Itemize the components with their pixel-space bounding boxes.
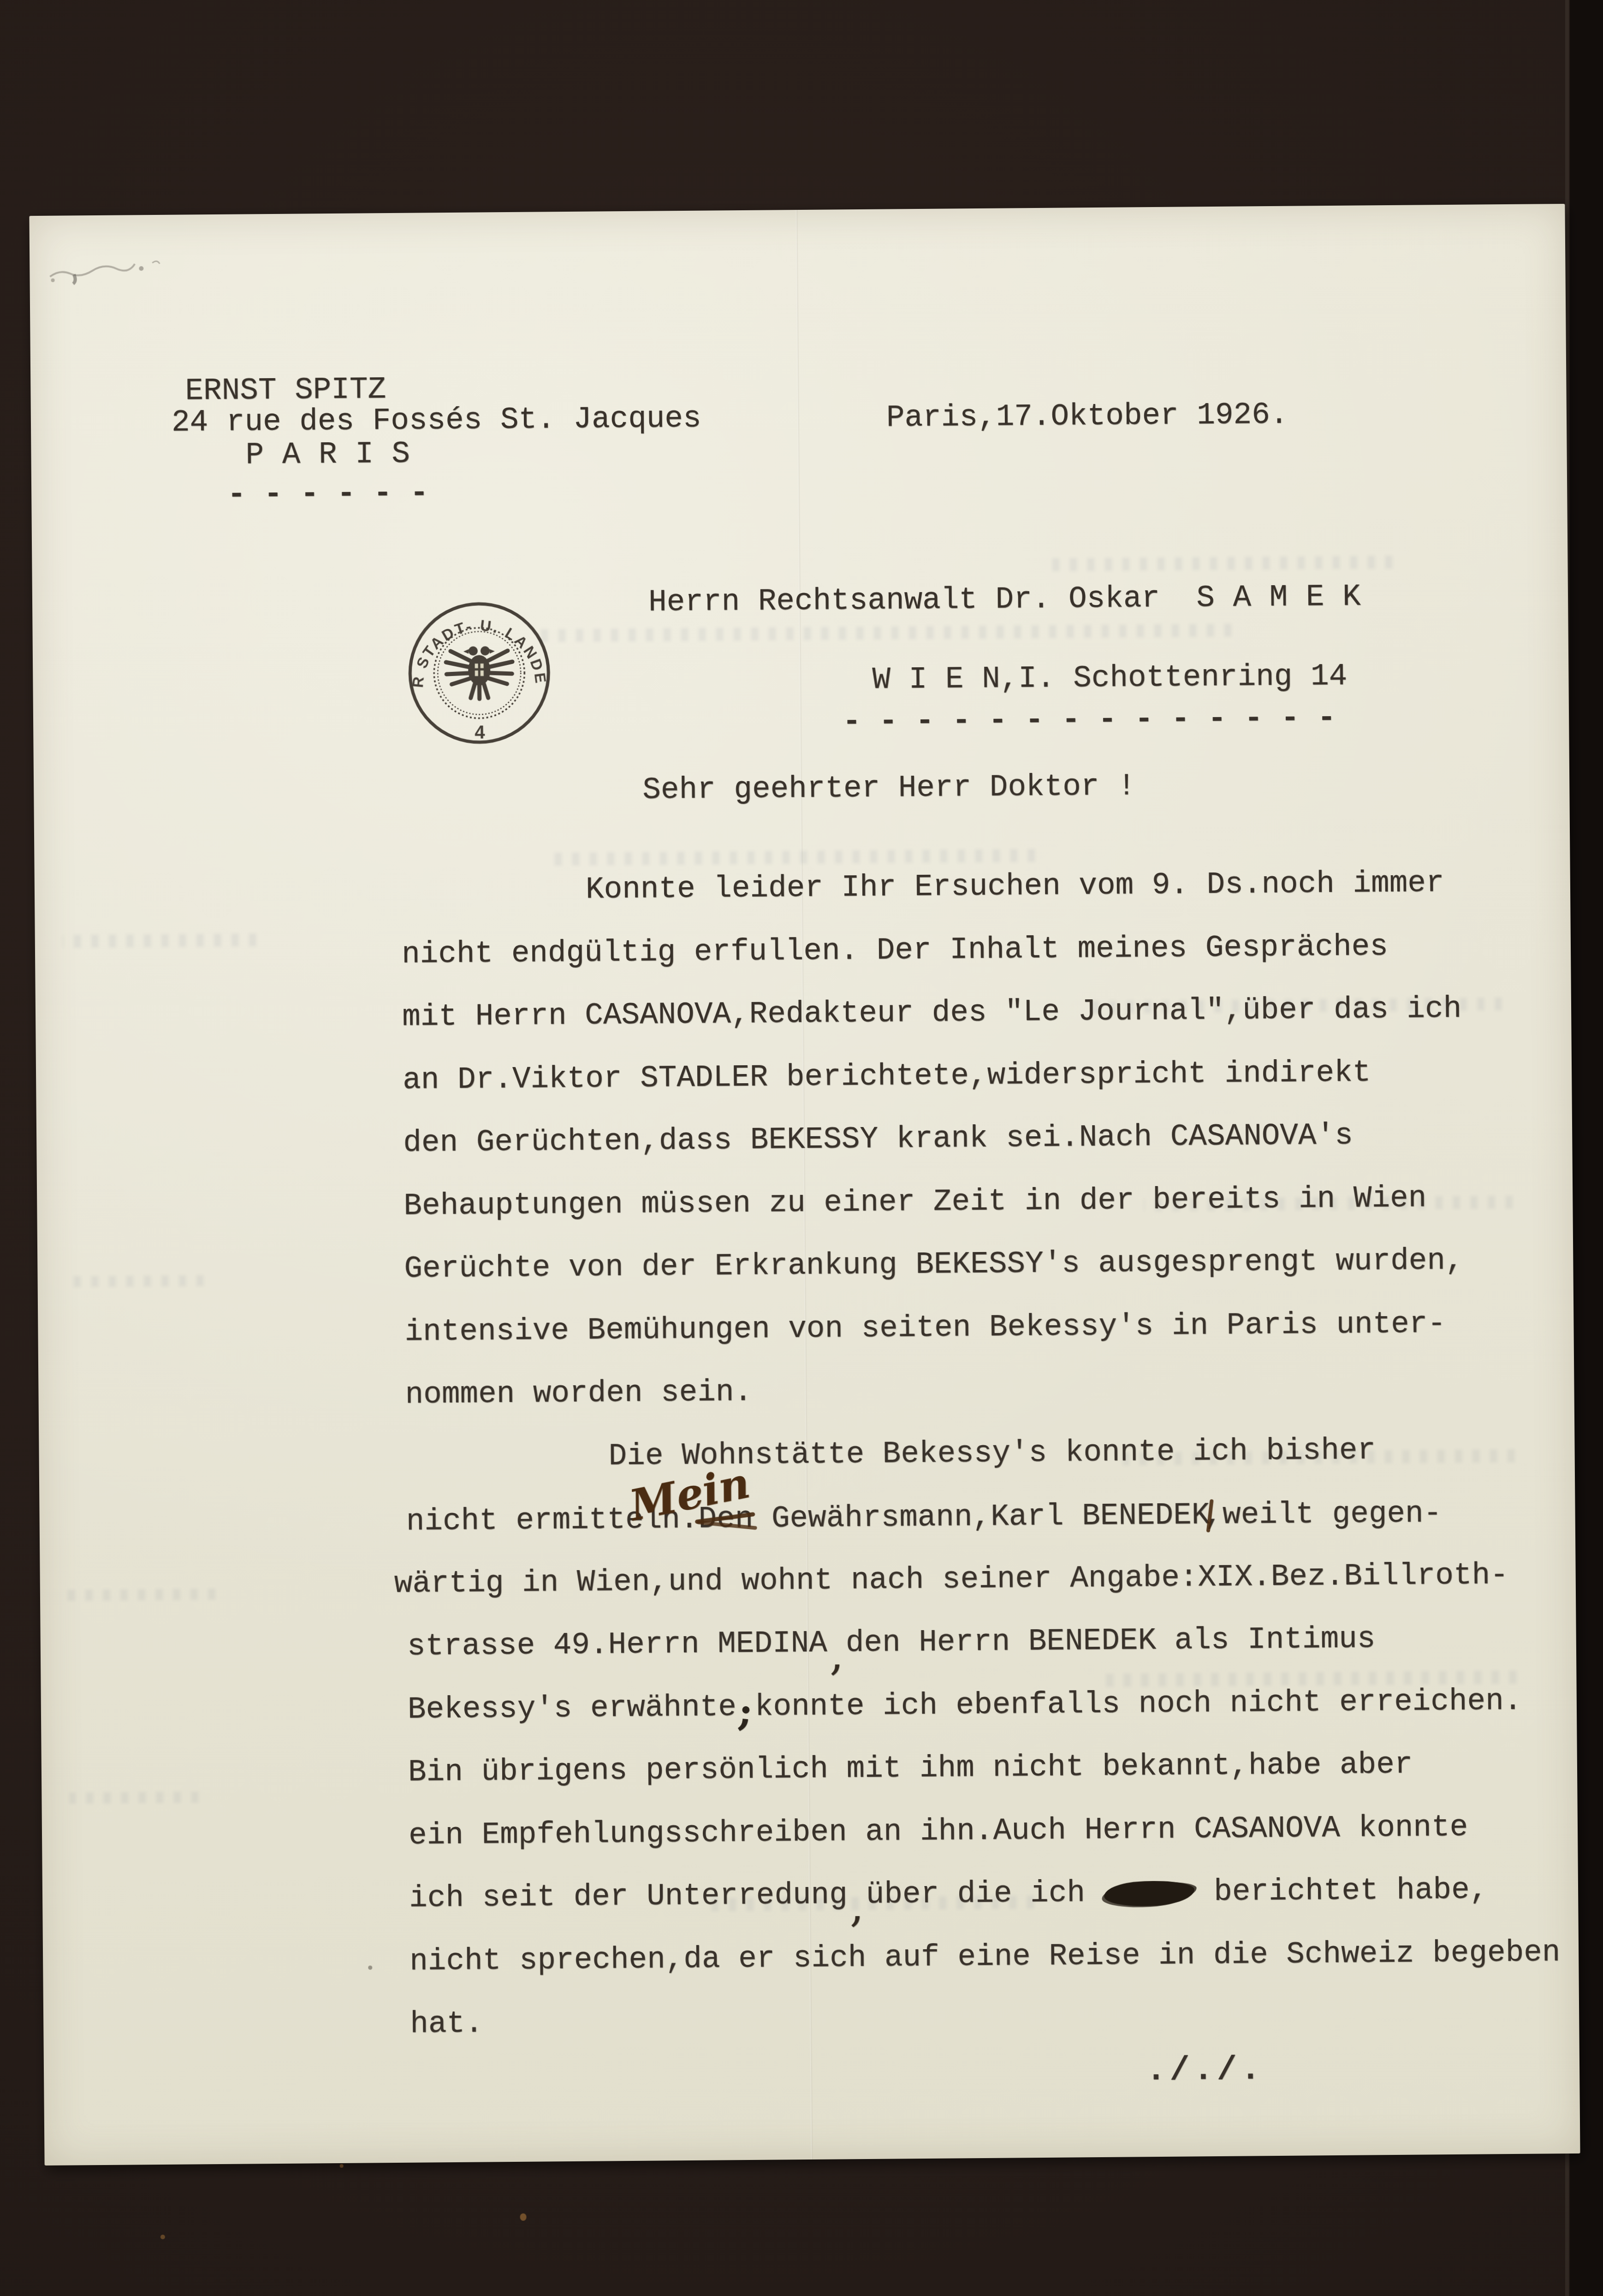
typed-text: hat. [410,2006,483,2041]
typed-text: Behauptungen müssen zu einer Zeit in der… [404,1181,1426,1223]
bleed-through-texture [69,1792,198,1804]
foxing-speck [520,2213,527,2221]
body-line-16: ein Empfehlungsschreiben an ihn.Auch Her… [409,1812,1468,1860]
double-eagle-icon [446,646,513,699]
pencil-scribble [46,247,203,299]
typed-text: ,weilt gegen- [1204,1496,1442,1532]
body-line-8: intensive Bemühungen von seiten Bekessy'… [404,1309,1446,1357]
body-line-1: Konnte leider Ihr Ersuchen vom 9. Ds.noc… [586,868,1444,914]
body-line-14: Bekessy's erwähnte;konnte ich ebenfalls … [408,1686,1522,1734]
recipient-line1: Herrn Rechtsanwalt Dr. Oskar S A M E K [648,581,1361,617]
bleed-through-texture [63,933,256,948]
body-line-19: hat. [410,2009,483,2049]
typed-text: Konnte leider Ihr Ersuchen vom 9. Ds.noc… [586,866,1444,907]
bleed-through-texture [551,849,1035,866]
continuation-mark: ././. [1146,2053,1265,2087]
typed-text: Gerüchte von der Erkrankung BEKESSY's au… [404,1243,1464,1286]
typed-text: nicht endgültig erfullen. Der Inhalt mei… [402,929,1388,972]
typed-text: Gewährsmann,Karl BENEDEK [753,1498,1210,1536]
typed-text: berichtet habe, [1195,1872,1488,1909]
fold-crease [796,210,813,2160]
typed-text: strasse 49.Herrn MEDINA [407,1626,828,1664]
body-line-13: strasse 49.Herrn MEDINA,den Herrn BENEDE… [407,1624,1376,1671]
body-line-2: nicht endgültig erfullen. Der Inhalt mei… [402,931,1388,979]
bleed-through-texture [65,1275,204,1287]
stray-ink-dot [368,1965,372,1970]
typed-text: nicht sprechen,da er sich auf eine Reise… [410,1935,1561,1979]
handwritten-insertion-mark: ; [736,1711,755,1713]
foxing-speck [340,2164,344,2168]
typed-text: mit Herrn CASANOVA,Redakteur des "Le Jou… [402,991,1462,1034]
typed-text: nommen worden sein. [405,1375,752,1412]
body-line-17: ich seit der Unterredung,über die ich be… [409,1875,1488,1922]
salutation: Sehr geehrter Herr Doktor ! [642,771,1136,805]
recipient-underline: - - - - - - - - - - - - - - [843,703,1336,737]
ink-blot [1104,1879,1195,1908]
body-line-18: nicht sprechen,da er sich auf eine Reise… [410,1937,1561,1986]
typed-text: über die ich [866,1875,1103,1912]
body-line-5: den Gerüchten,dass BEKESSY krank sei.Nac… [403,1121,1353,1168]
letter-page: ERNST SPITZ 24 rue des Fossés St. Jacque… [29,204,1580,2165]
typed-text: Bekessy's erwähnte [408,1690,736,1727]
typed-text: den Herrn BENEDEK als Intimus [845,1621,1375,1660]
recipient-line2: W I E N,I. Schottenring 14 [872,661,1347,695]
typed-text: ich seit der Unterredung [409,1877,848,1915]
body-line-9: nommen worden sein. [405,1377,752,1419]
bleed-through-texture [1046,556,1392,571]
typed-text: konnte ich ebenfalls noch nicht erreiche… [755,1684,1522,1724]
library-stamp: WIENER STADT- U. LANDESBIBL. 4 [400,594,558,752]
typed-text: Bin übrigens persönlich mit ihm nicht be… [408,1747,1413,1790]
body-line-12: wärtig in Wien,und wohnt nach seiner Ang… [394,1560,1509,1608]
sender-city: P A R I S [245,439,410,471]
typed-text: den Gerüchten,dass BEKESSY krank sei.Nac… [403,1118,1353,1160]
foxing-speck [160,2235,165,2239]
sender-underline: - - - - - - [227,478,428,510]
body-line-15: Bin übrigens persönlich mit ihm nicht be… [408,1750,1413,1797]
body-line-7: Gerüchte von der Erkrankung BEKESSY's au… [404,1246,1464,1293]
body-line-6: Behauptungen müssen zu einer Zeit in der… [404,1183,1427,1230]
date-line: Paris,17.Oktober 1926. [886,400,1288,433]
typed-text: ein Empfehlungsschreiben an ihn.Auch Her… [409,1810,1468,1853]
typed-text: wärtig in Wien,und wohnt nach seiner Ang… [394,1558,1508,1601]
typed-text: intensive Bemühungen von seiten Bekessy'… [404,1306,1446,1349]
scanned-letter: ERNST SPITZ 24 rue des Fossés St. Jacque… [0,0,1603,2296]
body-line-3: mit Herrn CASANOVA,Redakteur des "Le Jou… [402,994,1462,1042]
struck-word: Den [698,1504,753,1535]
stamp-number: 4 [475,722,485,742]
typed-text: an Dr.Viktor STADLER berichtete,widerspr… [403,1055,1371,1097]
body-line-4: an Dr.Viktor STADLER berichtete,widerspr… [403,1057,1371,1104]
body-line-11: nicht ermitteln.MeinDen Gewährsmann,Karl… [406,1497,1442,1545]
bleed-through-texture [68,1589,215,1601]
sender-street: 24 rue des Fossés St. Jacques [172,403,701,438]
sender-name: ERNST SPITZ [185,374,386,406]
bleed-through-texture [540,624,1232,642]
